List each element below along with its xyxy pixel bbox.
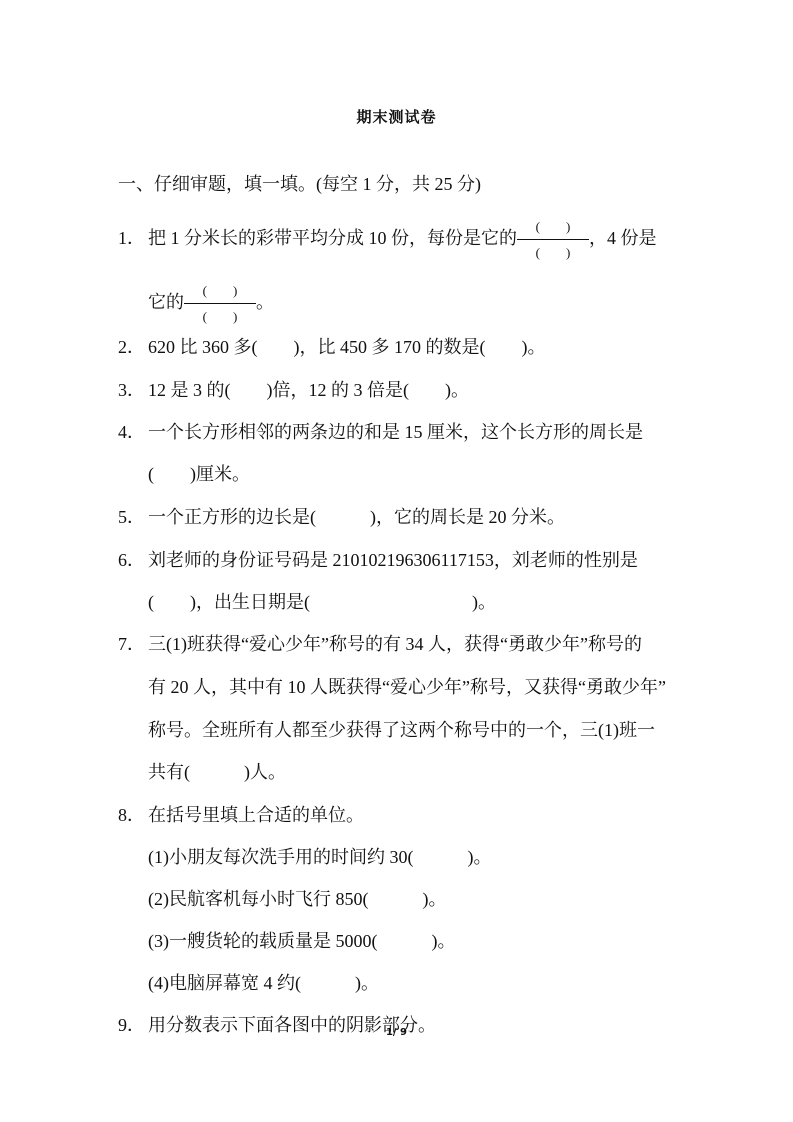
question-7: 7．三(1)班获得“爱心少年”称号的有 34 人，获得“勇敢少年”称号的: [118, 632, 642, 656]
question-8-sub4: (4)电脑屏幕宽 4 约( )。: [148, 971, 379, 995]
question-8: 8．在括号里填上合适的单位。: [118, 803, 364, 827]
page-indicator: 1/ 9: [0, 1027, 793, 1038]
question-7-line2: 有 20 人，其中有 10 人既获得“爱心少年”称号，又获得“勇敢少年”: [148, 675, 666, 699]
fraction-blank[interactable]: ( )( ): [517, 218, 589, 262]
question-8-sub2: (2)民航客机每小时飞行 850( )。: [148, 887, 446, 911]
exam-page: 期末测试卷 一、仔细审题，填一填。(每空 1 分，共 25 分) 1．把 1 分…: [0, 0, 793, 1122]
question-6-line2: ( )，出生日期是( )。: [148, 590, 496, 614]
section-heading: 一、仔细审题，填一填。(每空 1 分，共 25 分): [118, 172, 481, 196]
question-8-sub1: (1)小朋友每次洗手用的时间约 30( )。: [148, 845, 491, 869]
question-7-line4: 共有( )人。: [148, 760, 286, 784]
question-1: 1．把 1 分米长的彩带平均分成 10 份，每份是它的( )( )，4 份是: [118, 218, 657, 262]
question-5: 5．一个正方形的边长是( )，它的周长是 20 分米。: [118, 505, 565, 529]
fraction-blank[interactable]: ( )( ): [184, 282, 256, 326]
question-6: 6．刘老师的身份证号码是 210102196306117153，刘老师的性别是: [118, 548, 638, 572]
question-4-line2: ( )厘米。: [148, 462, 250, 486]
question-2: 2．620 比 360 多( )，比 450 多 170 的数是( )。: [118, 335, 545, 359]
question-3: 3．12 是 3 的( )倍，12 的 3 倍是( )。: [118, 378, 469, 402]
page-title: 期末测试卷: [0, 106, 793, 127]
question-1-line2: 它的( )( )。: [148, 282, 274, 326]
question-4: 4．一个长方形相邻的两条边的和是 15 厘米，这个长方形的周长是: [118, 420, 643, 444]
question-8-sub3: (3)一艘货轮的载质量是 5000( )。: [148, 929, 455, 953]
question-7-line3: 称号。全班所有人都至少获得了这两个称号中的一个，三(1)班一: [148, 718, 655, 742]
